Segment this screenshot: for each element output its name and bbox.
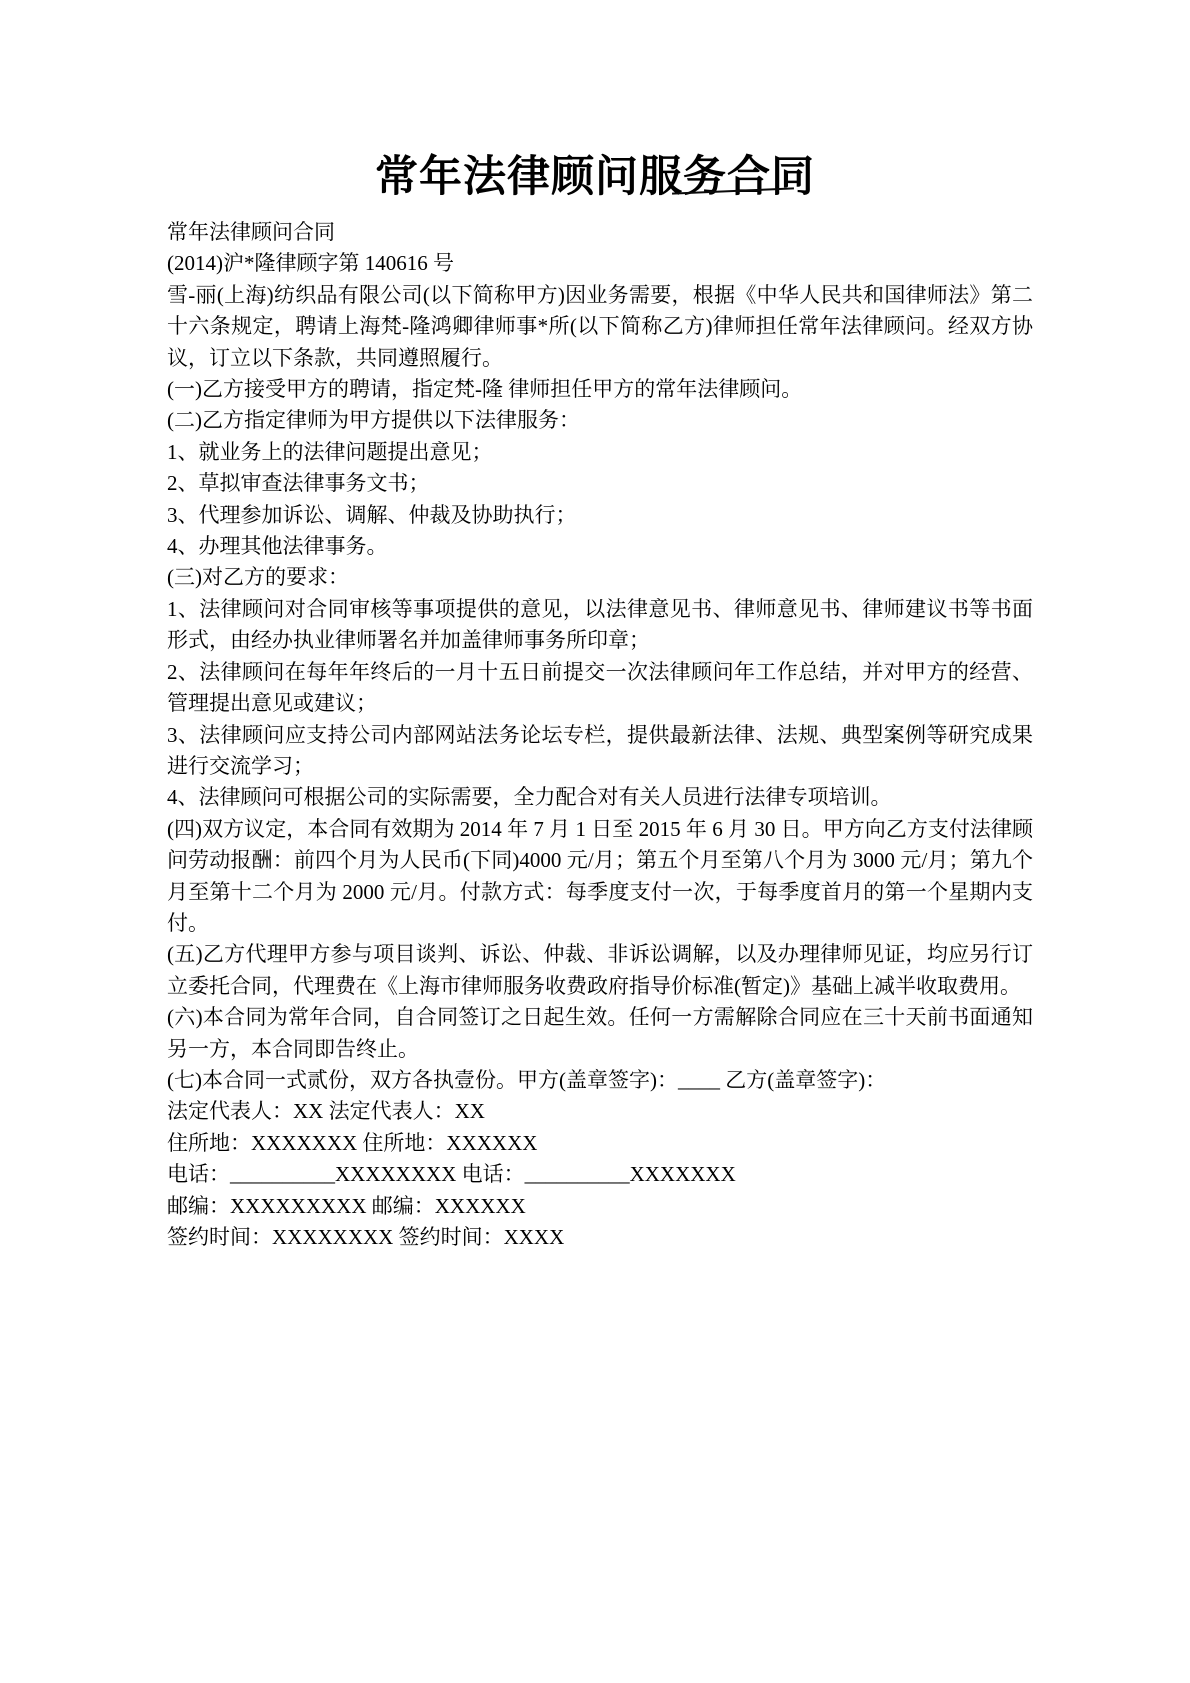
signature-postal-code: 邮编：XXXXXXXXX 邮编：XXXXXX	[167, 1191, 1033, 1222]
signature-legal-representative: 法定代表人：XX 法定代表人：XX	[167, 1096, 1033, 1127]
clause-3: (三)对乙方的要求：	[167, 562, 1033, 593]
document-page: 常年法律顾问服务合同 常年法律顾问合同 (2014)沪*隆律顾字第 140616…	[0, 0, 1190, 1683]
document-body: 常年法律顾问合同 (2014)沪*隆律顾字第 140616 号 雪-丽(上海)纺…	[167, 217, 1033, 1253]
clause-7-signatures: (七)本合同一式贰份，双方各执壹份。甲方(盖章签字)：____ 乙方(盖章签字)…	[167, 1065, 1033, 1096]
clause-3-item-3: 3、法律顾问应支持公司内部网站法务论坛专栏，提供最新法律、法规、典型案例等研究成…	[167, 720, 1033, 783]
clause-3-item-1: 1、法律顾问对合同审核等事项提供的意见，以法律意见书、律师意见书、律师建议书等书…	[167, 594, 1033, 657]
contract-subtitle: 常年法律顾问合同	[167, 217, 1033, 248]
clause-2-item-3: 3、代理参加诉讼、调解、仲裁及协助执行；	[167, 500, 1033, 531]
clause-2: (二)乙方指定律师为甲方提供以下法律服务：	[167, 405, 1033, 436]
clause-2-item-4: 4、办理其他法律事务。	[167, 531, 1033, 562]
clause-3-item-4: 4、法律顾问可根据公司的实际需要，全力配合对有关人员进行法律专项培训。	[167, 782, 1033, 813]
clause-4-payment-terms: (四)双方议定，本合同有效期为 2014 年 7 月 1 日至 2015 年 6…	[167, 814, 1033, 940]
clause-3-item-2: 2、法律顾问在每年年终后的一月十五日前提交一次法律顾问年工作总结，并对甲方的经营…	[167, 657, 1033, 720]
clause-6-termination: (六)本合同为常年合同，自合同签订之日起生效。任何一方需解除合同应在三十天前书面…	[167, 1002, 1033, 1065]
clause-1: (一)乙方接受甲方的聘请，指定梵-隆 律师担任甲方的常年法律顾问。	[167, 374, 1033, 405]
contract-preamble: 雪-丽(上海)纺织品有限公司(以下简称甲方)因业务需要，根据《中华人民共和国律师…	[167, 280, 1033, 374]
clause-5-agency-fees: (五)乙方代理甲方参与项目谈判、诉讼、仲裁、非诉讼调解，以及办理律师见证，均应另…	[167, 939, 1033, 1002]
clause-2-item-2: 2、草拟审查法律事务文书；	[167, 468, 1033, 499]
contract-reference-number: (2014)沪*隆律顾字第 140616 号	[167, 248, 1033, 279]
document-title: 常年法律顾问服务合同	[0, 152, 1190, 204]
signature-address: 住所地：XXXXXXX 住所地：XXXXXX	[167, 1128, 1033, 1159]
clause-2-item-1: 1、就业务上的法律问题提出意见；	[167, 437, 1033, 468]
signature-phone: 电话：__________XXXXXXXX 电话：__________XXXXX…	[167, 1159, 1033, 1190]
signature-date: 签约时间：XXXXXXXX 签约时间：XXXX	[167, 1222, 1033, 1253]
